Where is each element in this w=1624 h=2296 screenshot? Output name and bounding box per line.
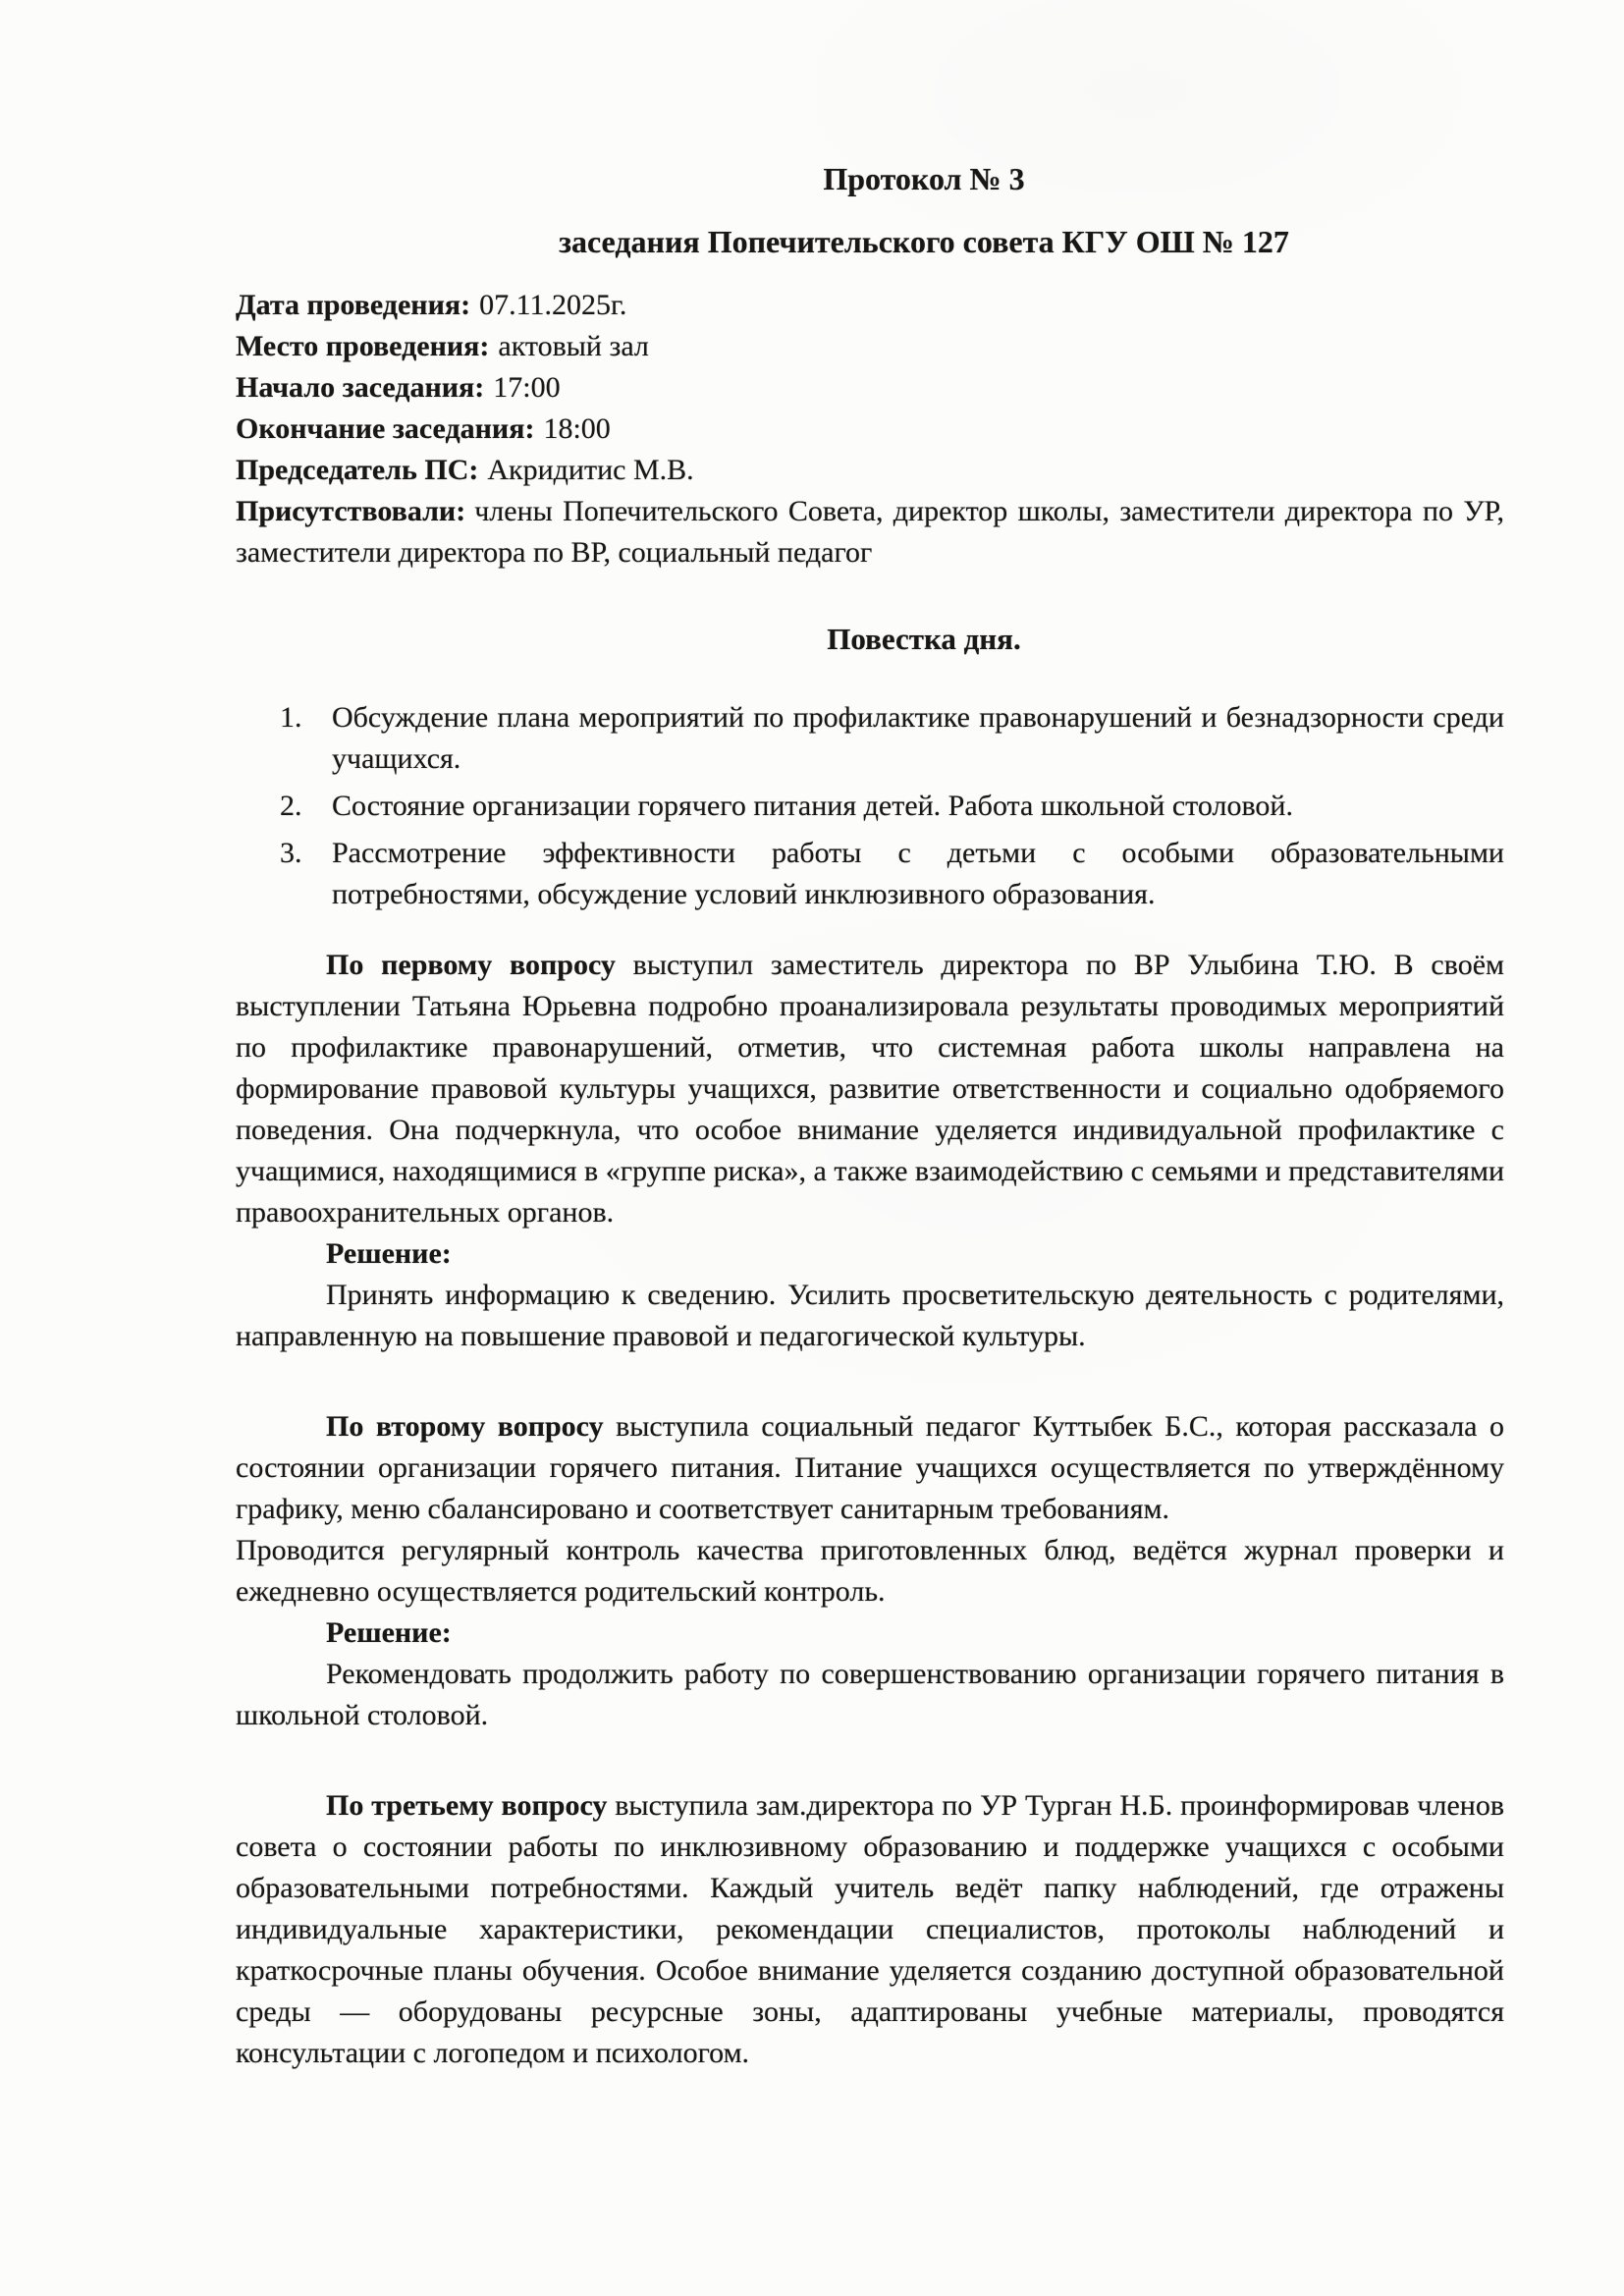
meta-label-chairman: Председатель ПС: (236, 454, 478, 486)
meta-value-chairman: Акридитис М.В. (487, 454, 693, 486)
section-question-3: По третьему вопросу выступила зам.директ… (236, 1785, 1504, 2074)
section-2-lead-bold: По второму вопросу (326, 1410, 604, 1443)
agenda-item-2-text: Состояние организации горячего питания д… (332, 790, 1293, 822)
agenda-item-2-number: 2. (280, 786, 302, 827)
section-1-lead-bold: По первому вопросу (326, 949, 616, 981)
title-line-1: Протокол № 3 (344, 147, 1504, 210)
section-1-decision-label: Решение: (236, 1233, 1504, 1275)
meta-label-attendees: Присутствовали: (236, 495, 465, 527)
agenda-item-1-text: Обсуждение плана мероприятий по профилак… (332, 701, 1504, 775)
section-question-1: По первому вопросу выступил заместитель … (236, 945, 1504, 1357)
agenda-item-3-number: 3. (280, 833, 302, 874)
meta-row-end-time: Окончание заседания:18:00 (236, 409, 1504, 450)
section-2-extra-paragraph: Проводится регулярный контроль качества … (236, 1530, 1504, 1613)
agenda-list: 1. Обсуждение плана мероприятий по профи… (236, 697, 1504, 915)
meta-block: Дата проведения:07.11.2025г. Место прове… (236, 285, 1504, 574)
section-1-lead-paragraph: По первому вопросу выступил заместитель … (236, 945, 1504, 1233)
title-line-2: заседания Попечительского совета КГУ ОШ … (344, 210, 1504, 273)
scanned-protocol-page: Протокол № 3 заседания Попечительского с… (0, 0, 1624, 2296)
section-3-lead-text: выступила зам.директора по УР Турган Н.Б… (236, 1789, 1504, 2069)
meta-row-start-time: Начало заседания:17:00 (236, 367, 1504, 409)
meta-label-place: Место проведения: (236, 330, 489, 362)
agenda-item-2: 2. Состояние организации горячего питани… (236, 786, 1504, 827)
section-3-lead-bold: По третьему вопросу (326, 1789, 607, 1822)
meta-row-date: Дата проведения:07.11.2025г. (236, 285, 1504, 326)
agenda-item-3-text: Рассмотрение эффективности работы с деть… (332, 837, 1504, 910)
document-content: Протокол № 3 заседания Попечительского с… (236, 0, 1504, 2074)
agenda-item-3: 3. Рассмотрение эффективности работы с д… (236, 833, 1504, 915)
section-question-2: По второму вопросу выступила социальный … (236, 1406, 1504, 1736)
agenda-item-1: 1. Обсуждение плана мероприятий по профи… (236, 697, 1504, 780)
meta-row-chairman: Председатель ПС:Акридитис М.В. (236, 450, 1504, 491)
meta-value-start-time: 17:00 (493, 371, 560, 404)
meta-row-attendees: Присутствовали:члены Попечительского Сов… (236, 491, 1504, 574)
section-2-lead-paragraph: По второму вопросу выступила социальный … (236, 1406, 1504, 1530)
agenda-item-1-number: 1. (280, 697, 302, 738)
section-2-decision-label: Решение: (236, 1613, 1504, 1654)
meta-label-start-time: Начало заседания: (236, 371, 484, 404)
meta-value-date: 07.11.2025г. (479, 289, 626, 321)
meta-label-end-time: Окончание заседания: (236, 412, 534, 445)
section-1-decision-text: Принять информацию к сведению. Усилить п… (236, 1275, 1504, 1357)
meta-value-place: актовый зал (498, 330, 649, 362)
meta-label-date: Дата проведения: (236, 289, 470, 321)
document-title: Протокол № 3 заседания Попечительского с… (236, 0, 1504, 273)
section-3-lead-paragraph: По третьему вопросу выступила зам.директ… (236, 1785, 1504, 2074)
section-1-lead-text: выступил заместитель директора по ВР Улы… (236, 949, 1504, 1229)
meta-value-end-time: 18:00 (543, 412, 610, 445)
meta-row-place: Место проведения:актовый зал (236, 326, 1504, 367)
section-2-decision-text: Рекомендовать продолжить работу по совер… (236, 1654, 1504, 1736)
agenda-heading: Повестка дня. (236, 619, 1504, 660)
